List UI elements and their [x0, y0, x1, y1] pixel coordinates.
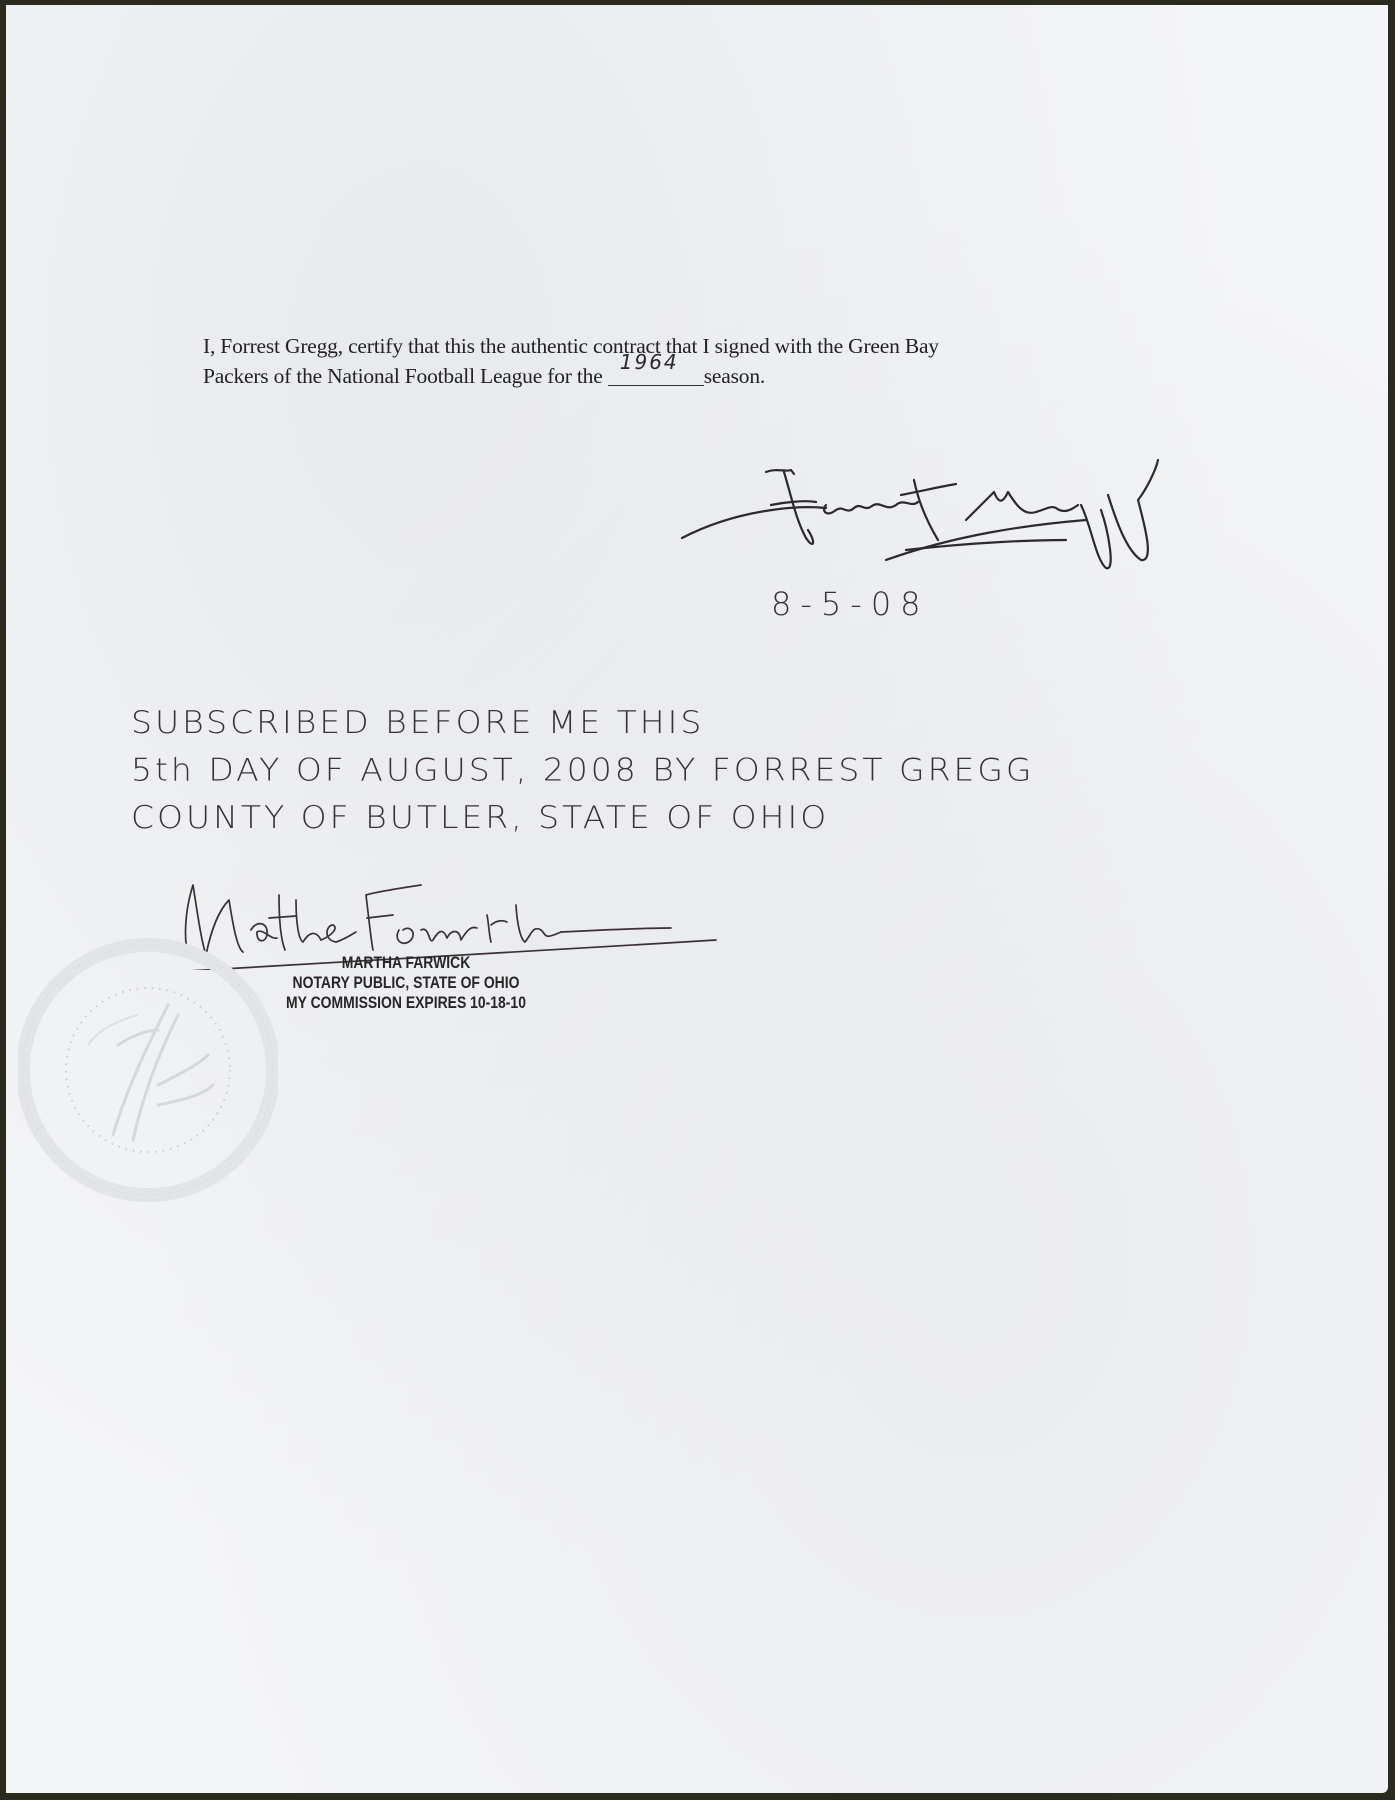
notarization-line-3: COUNTY OF BUTLER, STATE OF OHIO [131, 794, 1035, 842]
notarization-line-2: 5th DAY OF AUGUST, 2008 BY FORREST GREGG [131, 746, 1035, 794]
notary-stamp: MARTHA FARWICK NOTARY PUBLIC, STATE OF O… [271, 953, 542, 1013]
signature-date: 8-5-08 [771, 585, 930, 623]
document-page: I, Forrest Gregg, certify that this the … [6, 5, 1388, 1793]
notarization-block: SUBSCRIBED BEFORE ME THIS 5th DAY OF AUG… [131, 699, 1035, 842]
season-blank: 1964 [608, 363, 704, 386]
notary-stamp-name: MARTHA FARWICK [271, 953, 542, 973]
notarization-line-1: SUBSCRIBED BEFORE ME THIS [131, 699, 1035, 747]
forrest-gregg-signature [676, 450, 1246, 590]
notary-stamp-expiry: MY COMMISSION EXPIRES 10-18-10 [271, 993, 542, 1013]
certification-line-1: I, Forrest Gregg, certify that this the … [203, 331, 1203, 361]
embossed-seal-icon [18, 935, 278, 1205]
certification-line-2-suffix: season. [704, 364, 765, 388]
certification-text: I, Forrest Gregg, certify that this the … [203, 331, 1203, 391]
notary-stamp-title: NOTARY PUBLIC, STATE OF OHIO [271, 973, 542, 993]
certification-line-2-prefix: Packers of the National Football League … [203, 364, 603, 388]
certification-line-2: Packers of the National Football League … [203, 361, 1203, 391]
season-year: 1964 [620, 347, 679, 377]
